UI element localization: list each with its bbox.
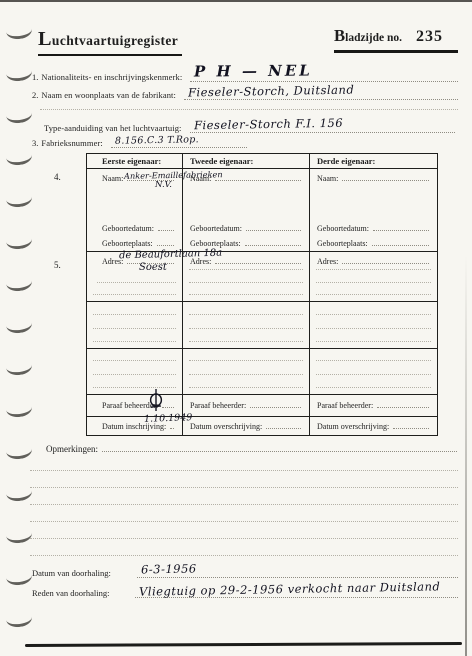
field-serial-number: 3. Fabrieksnummer: 8.156.C.3 T.Rop. xyxy=(32,131,247,148)
blank-line xyxy=(93,328,176,329)
owner3-header: Derde eigenaar: xyxy=(317,156,375,166)
owner1-header: Eerste eigenaar: xyxy=(102,156,161,166)
paraaf-signature-icon xyxy=(149,388,164,412)
empty-row-2 xyxy=(87,348,437,394)
dotted-line xyxy=(157,237,174,246)
geboortedatum-label: Geboortedatum: xyxy=(102,224,154,233)
blank-line xyxy=(189,294,303,295)
owners-table: Eerste eigenaar: Tweede eigenaar: Derde … xyxy=(86,153,438,436)
blank-line xyxy=(93,314,176,315)
binder-hole-icon xyxy=(5,524,33,544)
handwritten-registration: P H — NEL xyxy=(194,61,313,80)
blank-line xyxy=(189,328,303,329)
owner2-paraaf-cell: Paraaf beheerder: xyxy=(182,395,309,416)
dotted-line xyxy=(215,172,301,181)
dotted-line xyxy=(372,237,429,246)
blank-line xyxy=(189,269,303,270)
opmerkingen-blank-line xyxy=(30,521,458,522)
blank-line xyxy=(97,282,176,283)
handwritten-owner1-name-2: N.V. xyxy=(155,180,172,190)
opmerkingen-label: Opmerkingen: xyxy=(46,444,98,454)
binder-hole-icon xyxy=(5,482,33,502)
adres-label: Adres: xyxy=(190,257,211,266)
naam-label: Naam: xyxy=(102,174,123,183)
owner1-name-cell: Naam: Anker-Emaillefabrieken N.V. Geboor… xyxy=(87,169,182,251)
empty-cell xyxy=(309,302,437,348)
owner2-datum-cell: Datum overschrijving: xyxy=(182,417,309,435)
opmerkingen-blank-line xyxy=(30,538,458,539)
page-number-value: 235 xyxy=(416,28,443,46)
empty-cell xyxy=(182,349,309,394)
owner2-header: Tweede eigenaar: xyxy=(190,156,253,166)
adres-label: Adres: xyxy=(317,257,338,266)
blank-line xyxy=(93,294,176,295)
blank-line xyxy=(316,328,431,329)
owner3-name-cell: Naam: Geboortedatum: Geboorteplaats: xyxy=(309,169,437,251)
geboortedatum-label: Geboortedatum: xyxy=(190,224,242,233)
field-number: 3. xyxy=(32,138,38,148)
register-document-page: Luchtvaartuigregister Bladzijde no. 235 … xyxy=(0,0,472,656)
page-number-label: Bladzijde no. xyxy=(334,26,402,46)
binder-hole-icon xyxy=(5,20,33,40)
page-title: Luchtvaartuigregister xyxy=(38,28,182,56)
opmerkingen-blank-line xyxy=(30,470,458,471)
scan-edge-shadow xyxy=(465,255,467,656)
handwritten-doorhaling-reason: Vliegtuig op 29-2-1956 verkocht naar Dui… xyxy=(139,579,441,598)
dotted-line xyxy=(373,222,429,231)
doorhaling-datum-row: Datum van doorhaling: 6-3-1956 xyxy=(32,560,458,578)
owner2-address-cell: Adres: xyxy=(182,252,309,301)
field-value-line: P H — NEL xyxy=(190,62,458,82)
binder-hole-icon xyxy=(5,104,33,124)
naam-label: Naam: xyxy=(317,174,338,183)
blank-line xyxy=(189,341,303,342)
blank-line xyxy=(189,387,303,388)
field-value-line: Fieseler-Storch, Duitsland xyxy=(184,84,458,100)
dotted-line xyxy=(250,399,301,408)
binder-hole-icon xyxy=(5,188,33,208)
owner1-datum-cell: Datum inschrijving: 1.10.1949 xyxy=(87,417,182,435)
blank-line xyxy=(316,294,431,295)
binder-hole-icon xyxy=(5,230,33,250)
empty-cell xyxy=(182,302,309,348)
empty-cell xyxy=(309,349,437,394)
blank-line xyxy=(189,314,303,315)
binder-hole-icon xyxy=(5,566,33,586)
empty-cell xyxy=(87,349,182,394)
handwritten-type: Fieseler-Storch F.I. 156 xyxy=(193,116,342,133)
field-manufacturer: 2. Naam en woonplaats van de fabrikant: … xyxy=(32,81,458,100)
datum-row: Datum inschrijving: 1.10.1949 Datum over… xyxy=(87,416,437,435)
doorhaling-datum-label: Datum van doorhaling: xyxy=(32,568,111,578)
dotted-line xyxy=(158,222,174,231)
dotted-line xyxy=(393,420,429,429)
doorhaling-reden-row: Reden van doorhaling: Vliegtuig op 29-2-… xyxy=(32,578,458,598)
geboorteplaats-label: Geboorteplaats: xyxy=(317,239,368,248)
field-value-line: 8.156.C.3 T.Rop. xyxy=(111,135,247,148)
owner2-name-cell: Naam: Geboortedatum: Geboorteplaats: xyxy=(182,169,309,251)
binder-hole-icon xyxy=(5,440,33,460)
blank-line xyxy=(316,374,431,375)
geboorteplaats-label: Geboorteplaats: xyxy=(190,239,241,248)
handwritten-serial: 8.156.C.3 T.Rop. xyxy=(115,134,199,146)
binder-hole-icon xyxy=(5,314,33,334)
dotted-line xyxy=(342,255,429,264)
scan-top-edge xyxy=(0,0,472,2)
binder-hole-icon xyxy=(5,272,33,292)
datum-overschrijving-label: Datum overschrijving: xyxy=(190,422,262,431)
handwritten-manufacturer: Fieseler-Storch, Duitsland xyxy=(188,83,354,100)
blank-line xyxy=(316,341,431,342)
field-label: Fabrieksnummer: xyxy=(41,138,102,148)
binder-hole-icon xyxy=(5,146,33,166)
blank-line xyxy=(316,269,431,270)
blank-line xyxy=(316,314,431,315)
blank-continuation-line xyxy=(40,109,458,110)
name-row: Naam: Anker-Emaillefabrieken N.V. Geboor… xyxy=(87,168,437,251)
owner3-datum-cell: Datum overschrijving: xyxy=(309,417,437,435)
opmerkingen-row: Opmerkingen: xyxy=(46,442,458,454)
field-value-line: Vliegtuig op 29-2-1956 verkocht naar Dui… xyxy=(135,582,458,598)
paraaf-label: Paraaf beheerder: xyxy=(190,401,246,410)
dotted-line xyxy=(215,255,301,264)
page-number-block: Bladzijde no. 235 xyxy=(334,26,458,53)
bottom-scan-rule xyxy=(25,642,462,647)
row-number-5: 5. xyxy=(54,260,61,270)
empty-row-1 xyxy=(87,301,437,348)
handwritten-owner1-address-2: Soest xyxy=(139,262,167,273)
blank-line xyxy=(316,360,431,361)
geboortedatum-label: Geboortedatum: xyxy=(317,224,369,233)
blank-line xyxy=(189,282,303,283)
binder-hole-icon xyxy=(5,62,33,82)
dotted-line xyxy=(246,222,301,231)
datum-overschrijving-label: Datum overschrijving: xyxy=(317,422,389,431)
owners-header-row: Eerste eigenaar: Tweede eigenaar: Derde … xyxy=(87,154,437,168)
blank-line xyxy=(189,374,303,375)
dotted-line xyxy=(266,420,301,429)
paraaf-row: Paraaf beheerder: Paraaf beheerder: Para… xyxy=(87,394,437,416)
geboorteplaats-label: Geboorteplaats: xyxy=(102,239,153,248)
paraaf-label: Paraaf beheerder: xyxy=(317,401,373,410)
dotted-line xyxy=(342,172,429,181)
blank-line xyxy=(316,282,431,283)
handwritten-doorhaling-date: 6-3-1956 xyxy=(141,562,197,577)
dotted-line xyxy=(102,442,457,452)
blank-line xyxy=(93,374,176,375)
binder-hole-icon xyxy=(5,356,33,376)
address-row: Adres: de Beaufortlaan 18a Soest Adres: … xyxy=(87,251,437,301)
owner1-address-cell: Adres: de Beaufortlaan 18a Soest xyxy=(87,252,182,301)
blank-line xyxy=(189,360,303,361)
binder-hole-icon xyxy=(5,608,33,628)
opmerkingen-blank-line xyxy=(30,487,458,488)
row-number-4: 4. xyxy=(54,172,61,182)
blank-line xyxy=(316,387,431,388)
owner3-address-cell: Adres: xyxy=(309,252,437,301)
blank-line xyxy=(93,360,176,361)
naam-label: Naam: xyxy=(190,174,211,183)
field-label: Naam en woonplaats van de fabrikant: xyxy=(41,90,176,100)
field-value-line: 6-3-1956 xyxy=(137,562,458,578)
owner3-paraaf-cell: Paraaf beheerder: xyxy=(309,395,437,416)
binder-hole-icon xyxy=(5,398,33,418)
opmerkingen-blank-line xyxy=(30,504,458,505)
field-number: 2. xyxy=(32,90,38,100)
dotted-line xyxy=(245,237,301,246)
empty-cell xyxy=(87,302,182,348)
opmerkingen-blank-line xyxy=(30,555,458,556)
field-registration-mark: 1. Nationaliteits- en inschrijvingskenme… xyxy=(32,62,458,82)
dotted-line xyxy=(377,399,429,408)
blank-line xyxy=(93,341,176,342)
doorhaling-reden-label: Reden van doorhaling: xyxy=(32,588,109,598)
